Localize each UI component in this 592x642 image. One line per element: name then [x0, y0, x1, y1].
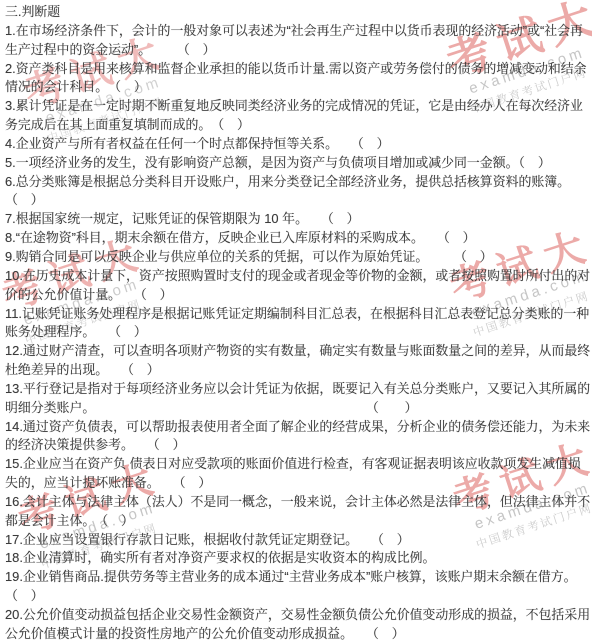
question-10: 10.在历史成本计量下，资产按照购置时支付的现金或者现金等价物的金额，或者按照购… [5, 267, 592, 305]
question-18: 18.企业清算时，确实所有者对净资产要求权的依据是实收资本的构成比例。 [5, 549, 592, 568]
question-5: 5.一项经济业务的发生，没有影响资产总额，是因为资产与负债项目增加或减少同一金额… [5, 154, 592, 173]
section-title: 三.判断题 [5, 3, 592, 22]
question-1: 1.在市场经济条件下，会计的一般对象可以表述为“社会再生产过程中以货币表现的经济… [5, 22, 592, 60]
question-2: 2.资产类科目是用来核算和监督企业承担的能以货币计量.需以资产或劳务偿付的债务的… [5, 60, 592, 98]
question-15: 15.企业应当在资产负 债表日对应受款项的账面价值进行检查，有客观证据表明该应收… [5, 455, 592, 493]
question-11: 11.记账凭证账务处理程序是根据记账凭证定期编制科目汇总表，在根据科目汇总表登记… [5, 305, 592, 343]
question-4: 4.企业资产与所有者权益在任何一个时点都保持恒等关系。 （ ） [5, 135, 592, 154]
question-19: 19.企业销售商品.提供劳务等主营业务的成本通过“主营业务成本”账户核算，该账户… [5, 568, 592, 606]
question-8: 8.“在途物资”科目，期末余额在借方，反映企业已入库原材料的采购成本。 （ ） [5, 229, 592, 248]
question-6: 6.总分类账簿是根据总分类科目开设账户，用来分类登记全部经济业务，提供总括核算资… [5, 173, 592, 211]
question-14: 14.通过资产负债表，可以帮助报表使用者全面了解企业的经营成果，分析企业的债务偿… [5, 418, 592, 456]
question-3: 3.累计凭证是在一定时期不断重复地反映同类经济业务的完成情况的凭证，它是由经办人… [5, 97, 592, 135]
question-13: 13.平行登记是指对于每项经济业务应以会计凭证为依据，既要记入有关总分类账户，又… [5, 380, 592, 418]
question-list: 三.判断题 1.在市场经济条件下，会计的一般对象可以表述为“社会再生产过程中以货… [0, 0, 592, 642]
question-20: 20.公允价值变动损益包括企业交易性金额资产，交易性金额负债公允价值变动形成的损… [5, 606, 592, 642]
question-17: 17.企业应当设置银行存款日记账，根据收付款凭证定期登记。 （ ） [5, 531, 592, 550]
question-16: 16.会计主体与法律主体（法人）不是同一概念，一般来说，会计主体必然是法律主体，… [5, 493, 592, 531]
question-7: 7.根据国家统一规定，记账凭证的保管期限为 10 年。 （ ） [5, 210, 592, 229]
question-9: 9.购销合同是可以反映企业与供应单位的关系的凭据，可以作为原始凭证。 （ ） [5, 248, 592, 267]
question-12: 12.通过财产清查，可以查明各项财产物资的实有数量，确定实有数量与账面数量之间的… [5, 342, 592, 380]
exam-document-page: 考试大 examda.com 中国教育考试门户网 考试大 examda.com … [0, 0, 592, 642]
